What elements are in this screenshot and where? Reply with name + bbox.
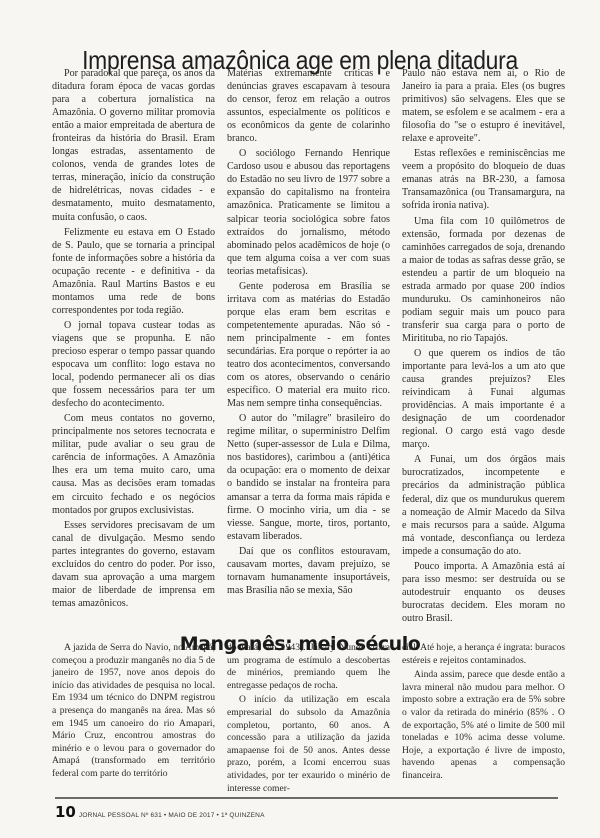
paragraph: Felizmente eu estava em O Estado de S. P… [52,226,215,317]
article-column-3: Paulo não estava nem aí, o Rio de Janeir… [402,67,565,625]
paragraph: O início da utilização em escala empresa… [227,694,390,795]
paragraph: Ainda assim, parece que desde então a la… [402,669,565,782]
publication-info: JORNAL PESSOAL Nº 631 • MAIO DE 2017 • 1… [79,812,265,819]
sidebar-column-1: A jazida de Serra do Navio, no Amapá, co… [52,642,215,795]
sidebar-column-2: do Pará, em 1943). Janary Nunes criara u… [227,642,390,795]
paragraph: Esses servidores precisavam de um canal … [52,519,215,610]
sidebar-column-3: cial. Até hoje, a herança é ingrata: bur… [402,642,565,795]
paragraph: O jornal topava custear todas as viagens… [52,319,215,410]
article-column-2: Matérias extremamente críticas e denúnci… [227,67,390,625]
paragraph: Paulo não estava nem aí, o Rio de Janeir… [402,67,565,145]
article-column-1: Por paradoxal que pareça, os anos da dit… [52,67,215,625]
paragraph: Pouco importa. A Amazônia está aí para i… [402,560,565,625]
paragraph: Gente poderosa em Brasília se irritava c… [227,280,390,410]
paragraph: Daí que os conflitos estouravam, causava… [227,545,390,597]
paragraph: A Funai, um dos órgãos mais burocratizad… [402,453,565,557]
paragraph: Estas reflexões e reminiscências me veem… [402,147,565,212]
paragraph: do Pará, em 1943). Janary Nunes criara u… [227,642,390,692]
paragraph: cial. Até hoje, a herança é ingrata: bur… [402,642,565,667]
footer-divider [55,797,558,799]
article-body: Por paradoxal que pareça, os anos da dit… [52,67,565,625]
paragraph: A jazida de Serra do Navio, no Amapá, co… [52,642,215,781]
paragraph: O que querem os índios de tão importante… [402,347,565,451]
page-footer: 10 JORNAL PESSOAL Nº 631 • MAIO DE 2017 … [55,803,265,821]
sidebar-article-body: A jazida de Serra do Navio, no Amapá, co… [52,642,565,795]
paragraph: O sociólogo Fernando Henrique Cardoso us… [227,147,390,277]
paragraph: Por paradoxal que pareça, os anos da dit… [52,67,215,224]
paragraph: Matérias extremamente críticas e denúnci… [227,67,390,145]
paragraph: Uma fila com 10 quilômetros de extensão,… [402,215,565,345]
paragraph: Com meus contatos no governo, principalm… [52,412,215,516]
page-number: 10 [55,803,76,821]
paragraph: O autor do "milagre" brasileiro do regim… [227,412,390,542]
